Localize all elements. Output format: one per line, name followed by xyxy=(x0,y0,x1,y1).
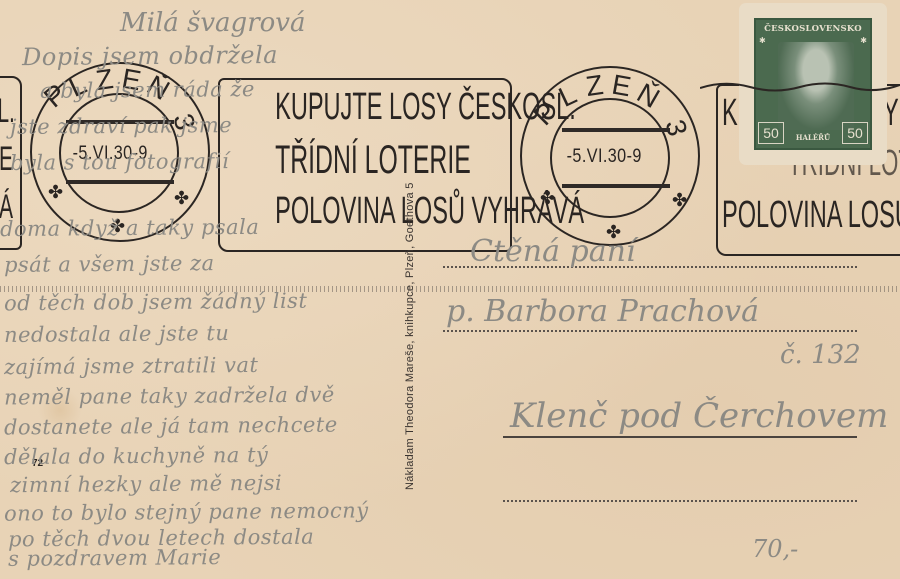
slogan-line-1: KUPUJTE LOSY ČESKOSL. xyxy=(275,86,455,129)
message-line: byla s tou fotografií xyxy=(10,149,229,175)
message-line: dostanete ale já tam nechcete xyxy=(4,413,338,440)
message-line: dělala do kuchyně na tý xyxy=(4,443,269,469)
star-icon: ✤ xyxy=(48,182,63,203)
slogan-cancel: KUPUJTE LOSY ČESKOSL. TŘÍDNÍ LOTERIE POL… xyxy=(218,78,512,252)
star-icon: ✤ xyxy=(540,188,555,209)
address-line-4: Klenč pod Čerchovem xyxy=(510,396,888,436)
message-line: s pozdravem Marie xyxy=(8,545,221,571)
publisher-imprint: Nákladam Theodora Mareše, knihkupce, Plz… xyxy=(404,182,416,490)
star-icon: ✱ xyxy=(759,36,766,45)
slogan-line-3: POLOVINA LOSŮ VYHRÁVÁ xyxy=(275,190,455,233)
message-line: ono to bylo stejný pane nemocný xyxy=(4,498,369,525)
message-line: jste zdraví pak jsme xyxy=(10,113,232,139)
message-line: a byla jsem ráda že xyxy=(40,77,255,103)
message-line: doma když a taky psala xyxy=(0,215,259,241)
message-line: nedostala ale jste tu xyxy=(4,321,230,347)
stamp-country: ČESKOSLOVENSKO xyxy=(756,24,870,34)
star-icon: ✱ xyxy=(860,36,867,45)
address-line xyxy=(443,330,857,332)
message-line: Dopis jsem obdržela xyxy=(22,41,278,71)
postmark-bar xyxy=(562,128,670,132)
message-line: psát a všem jste za xyxy=(4,251,215,277)
address-line-2: p. Barbora Prachová xyxy=(446,294,759,329)
stamp-denomination: HALÉŘŮ xyxy=(786,133,840,142)
message-line: od těch dob jsem žádný list xyxy=(4,289,308,316)
stamp-value-right: 50 xyxy=(842,122,868,144)
slogan-line-2: TŘÍDNÍ LOTERIE xyxy=(275,138,455,183)
postmark-date: -5.VI.30-9 xyxy=(567,146,642,168)
message-line: neměl pane taky zadržela dvě xyxy=(4,383,335,410)
postmark-bar xyxy=(66,180,174,184)
star-icon: ✤ xyxy=(174,188,189,209)
message-salutation: Milá švagrová xyxy=(120,8,305,38)
postcard: L. E Á P L Z E Ň 3 -5.VI.30-9 ✤ ✤ ✤ KUPU… xyxy=(0,0,900,579)
address-line-3: č. 132 xyxy=(780,340,861,370)
message-line: zimní hezky ale mě nejsi xyxy=(10,471,282,497)
address-line xyxy=(503,436,857,438)
address-line-1: Ctěná paní xyxy=(470,234,636,269)
star-icon: ✤ xyxy=(672,190,687,211)
stamp-value-left: 50 xyxy=(758,122,784,144)
cancel-wave-line xyxy=(700,80,900,94)
message-line: zajímá jsme ztratili vat xyxy=(4,353,259,379)
postmark-bar xyxy=(562,184,670,188)
address-line xyxy=(503,500,857,502)
price-note: 70,- xyxy=(752,535,798,563)
